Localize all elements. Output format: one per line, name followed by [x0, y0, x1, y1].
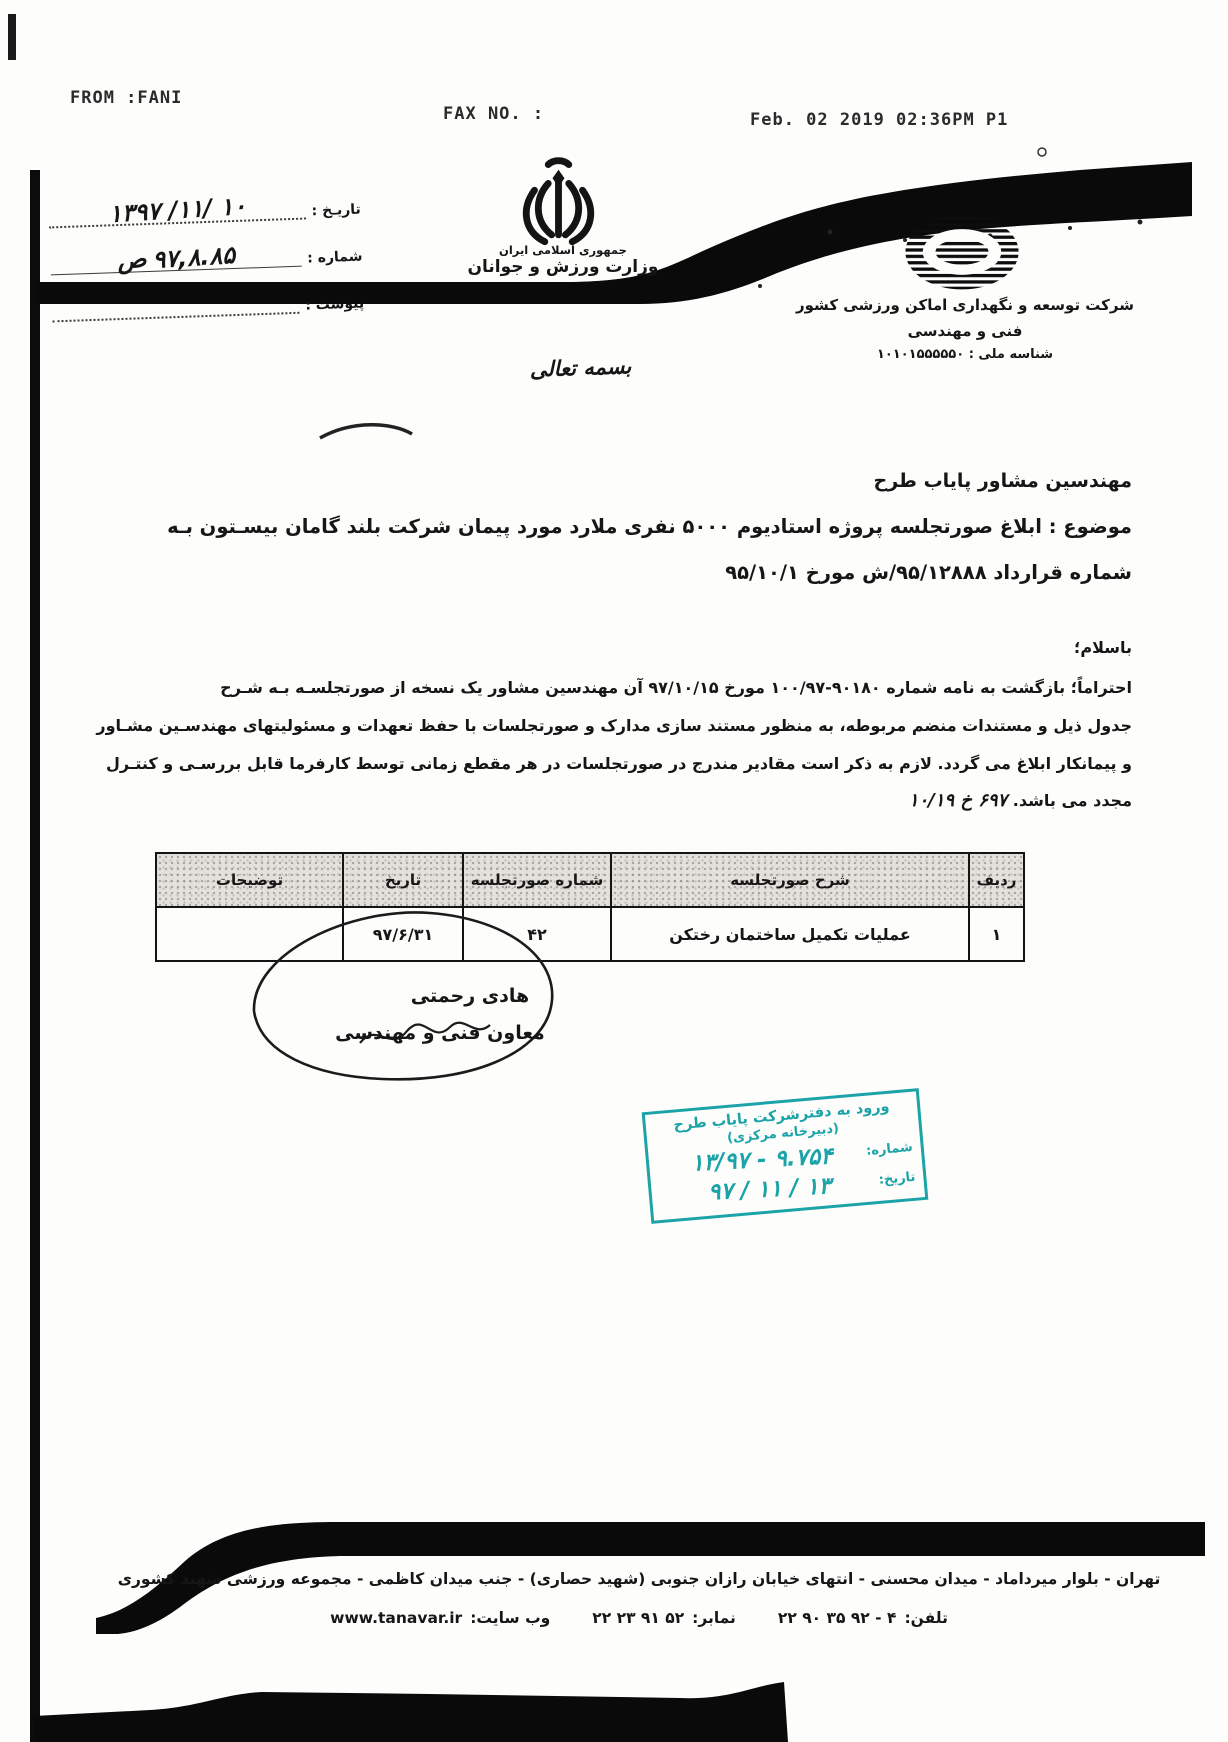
- handwritten-margin-note: ۶۹۷ خ ۱۰/۱۹: [909, 790, 1007, 811]
- recipient-line: مهندسین مشاور پایاب طرح: [874, 470, 1132, 492]
- ministry-name: وزارت ورزش و جوانان: [448, 257, 678, 277]
- cell-sharh: عملیات تکمیل ساختمان رختکن: [611, 907, 969, 961]
- handwritten-date: ۱۳۹۷ /۱۱/ ۱۰: [108, 194, 247, 226]
- header-sharh: شرح صورتجلسه: [611, 853, 969, 907]
- company-name-line2: فنی و مهندسی: [780, 322, 1150, 340]
- registry-stamp: ورود به دفترشرکت پایاب طرح (دبیرخانه مرک…: [642, 1088, 929, 1224]
- letterhead-meta: تاریـخ : ۱۳۹۷ /۱۱/ ۱۰ شماره : ص ۹۷,۸.۸۵ …: [48, 171, 365, 323]
- salutation: باسلام؛: [1074, 638, 1132, 657]
- company-national-id: شناسه ملی : ۱۰۱۰۱۵۵۵۵۵۰: [780, 347, 1150, 362]
- company-logo-icon: [898, 210, 1026, 294]
- footer-phone: تلفن: ۲۲ ۹۰ ۳۵ ۹۲ - ۴: [778, 1609, 948, 1627]
- subject-line-1: موضوع : ابلاغ صورتجلسه پروژه استادیوم ۵۰…: [167, 515, 1132, 538]
- handwritten-number-suffix: ص: [116, 247, 146, 273]
- phone-label: تلفن:: [904, 1609, 947, 1627]
- subject-line-2: شماره قرارداد ۹۵/۱۲۸۸۸/ش مورخ ۹۵/۱۰/۱: [725, 561, 1132, 584]
- footer-contacts: تلفن: ۲۲ ۹۰ ۳۵ ۹۲ - ۴ نمابر: ۲۲ ۲۳ ۹۱ ۵۲…: [110, 1609, 1168, 1627]
- besmellah: بسمه تعالی: [488, 353, 674, 383]
- company-name-line1: شرکت توسعه و نگهداری اماکن ورزشی کشور: [780, 296, 1150, 314]
- fax-timestamp: Feb. 02 2019 02:36PM P1: [750, 110, 1008, 130]
- number-label: شماره :: [301, 249, 363, 267]
- footer-website: وب سایت: www.tanavar.ir: [330, 1609, 550, 1627]
- handwritten-number: ۹۷,۸.۸۵: [151, 243, 235, 272]
- footer-fax: نمابر: ۲۲ ۲۳ ۹۱ ۵۲: [592, 1609, 736, 1627]
- bottom-scan-blob: [34, 1682, 788, 1742]
- stamp-date-label: تاریخ:: [878, 1169, 916, 1187]
- body-line-3: و پیمانکار ابلاغ می گردد. لازم به ذکر اس…: [106, 754, 1132, 773]
- signer-name: هادی رحمتی: [365, 985, 575, 1007]
- body-line-2: جدول ذیل و مستندات منضم مربوطه، به منظور…: [96, 716, 1132, 735]
- website-label: وب سایت:: [470, 1609, 550, 1627]
- fax-from: FROM :FANI: [70, 88, 182, 108]
- iran-emblem-icon: [506, 156, 611, 252]
- website-url: www.tanavar.ir: [330, 1609, 462, 1627]
- date-label: تاریـخ :: [305, 202, 361, 220]
- republic-caption: جمهوری اسلامی ایران: [468, 243, 658, 257]
- attachment-label: پیوست :: [299, 296, 364, 314]
- signer-title: معاون فنی و مهندسی: [295, 1022, 585, 1044]
- header-radif: ردیف: [969, 853, 1024, 907]
- fax-label: نمابر:: [692, 1609, 736, 1627]
- left-edge-streak: [30, 170, 40, 1742]
- fax-number-label: FAX NO. :: [443, 104, 544, 124]
- phone-value: ۲۲ ۹۰ ۳۵ ۹۲ - ۴: [778, 1609, 897, 1627]
- scanned-letter-page: FROM :FANI FAX NO. : Feb. 02 2019 02:36P…: [0, 0, 1228, 1742]
- stamp-number-label: شماره:: [865, 1139, 913, 1158]
- fax-value: ۲۲ ۲۳ ۹۱ ۵۲: [592, 1609, 684, 1627]
- body-line-1: احتراماً؛ بازگشت به نامه شماره ۹۰۱۸۰-۱۰۰…: [220, 678, 1132, 697]
- body-line-4-text: مجدد می باشد.: [1013, 791, 1132, 810]
- body-line-4: مجدد می باشد. ۶۹۷ خ ۱۰/۱۹: [909, 790, 1132, 811]
- cell-radif: ۱: [969, 907, 1024, 961]
- footer-address: تهران - بلوار میرداماد - میدان محسنی - ا…: [110, 1570, 1168, 1588]
